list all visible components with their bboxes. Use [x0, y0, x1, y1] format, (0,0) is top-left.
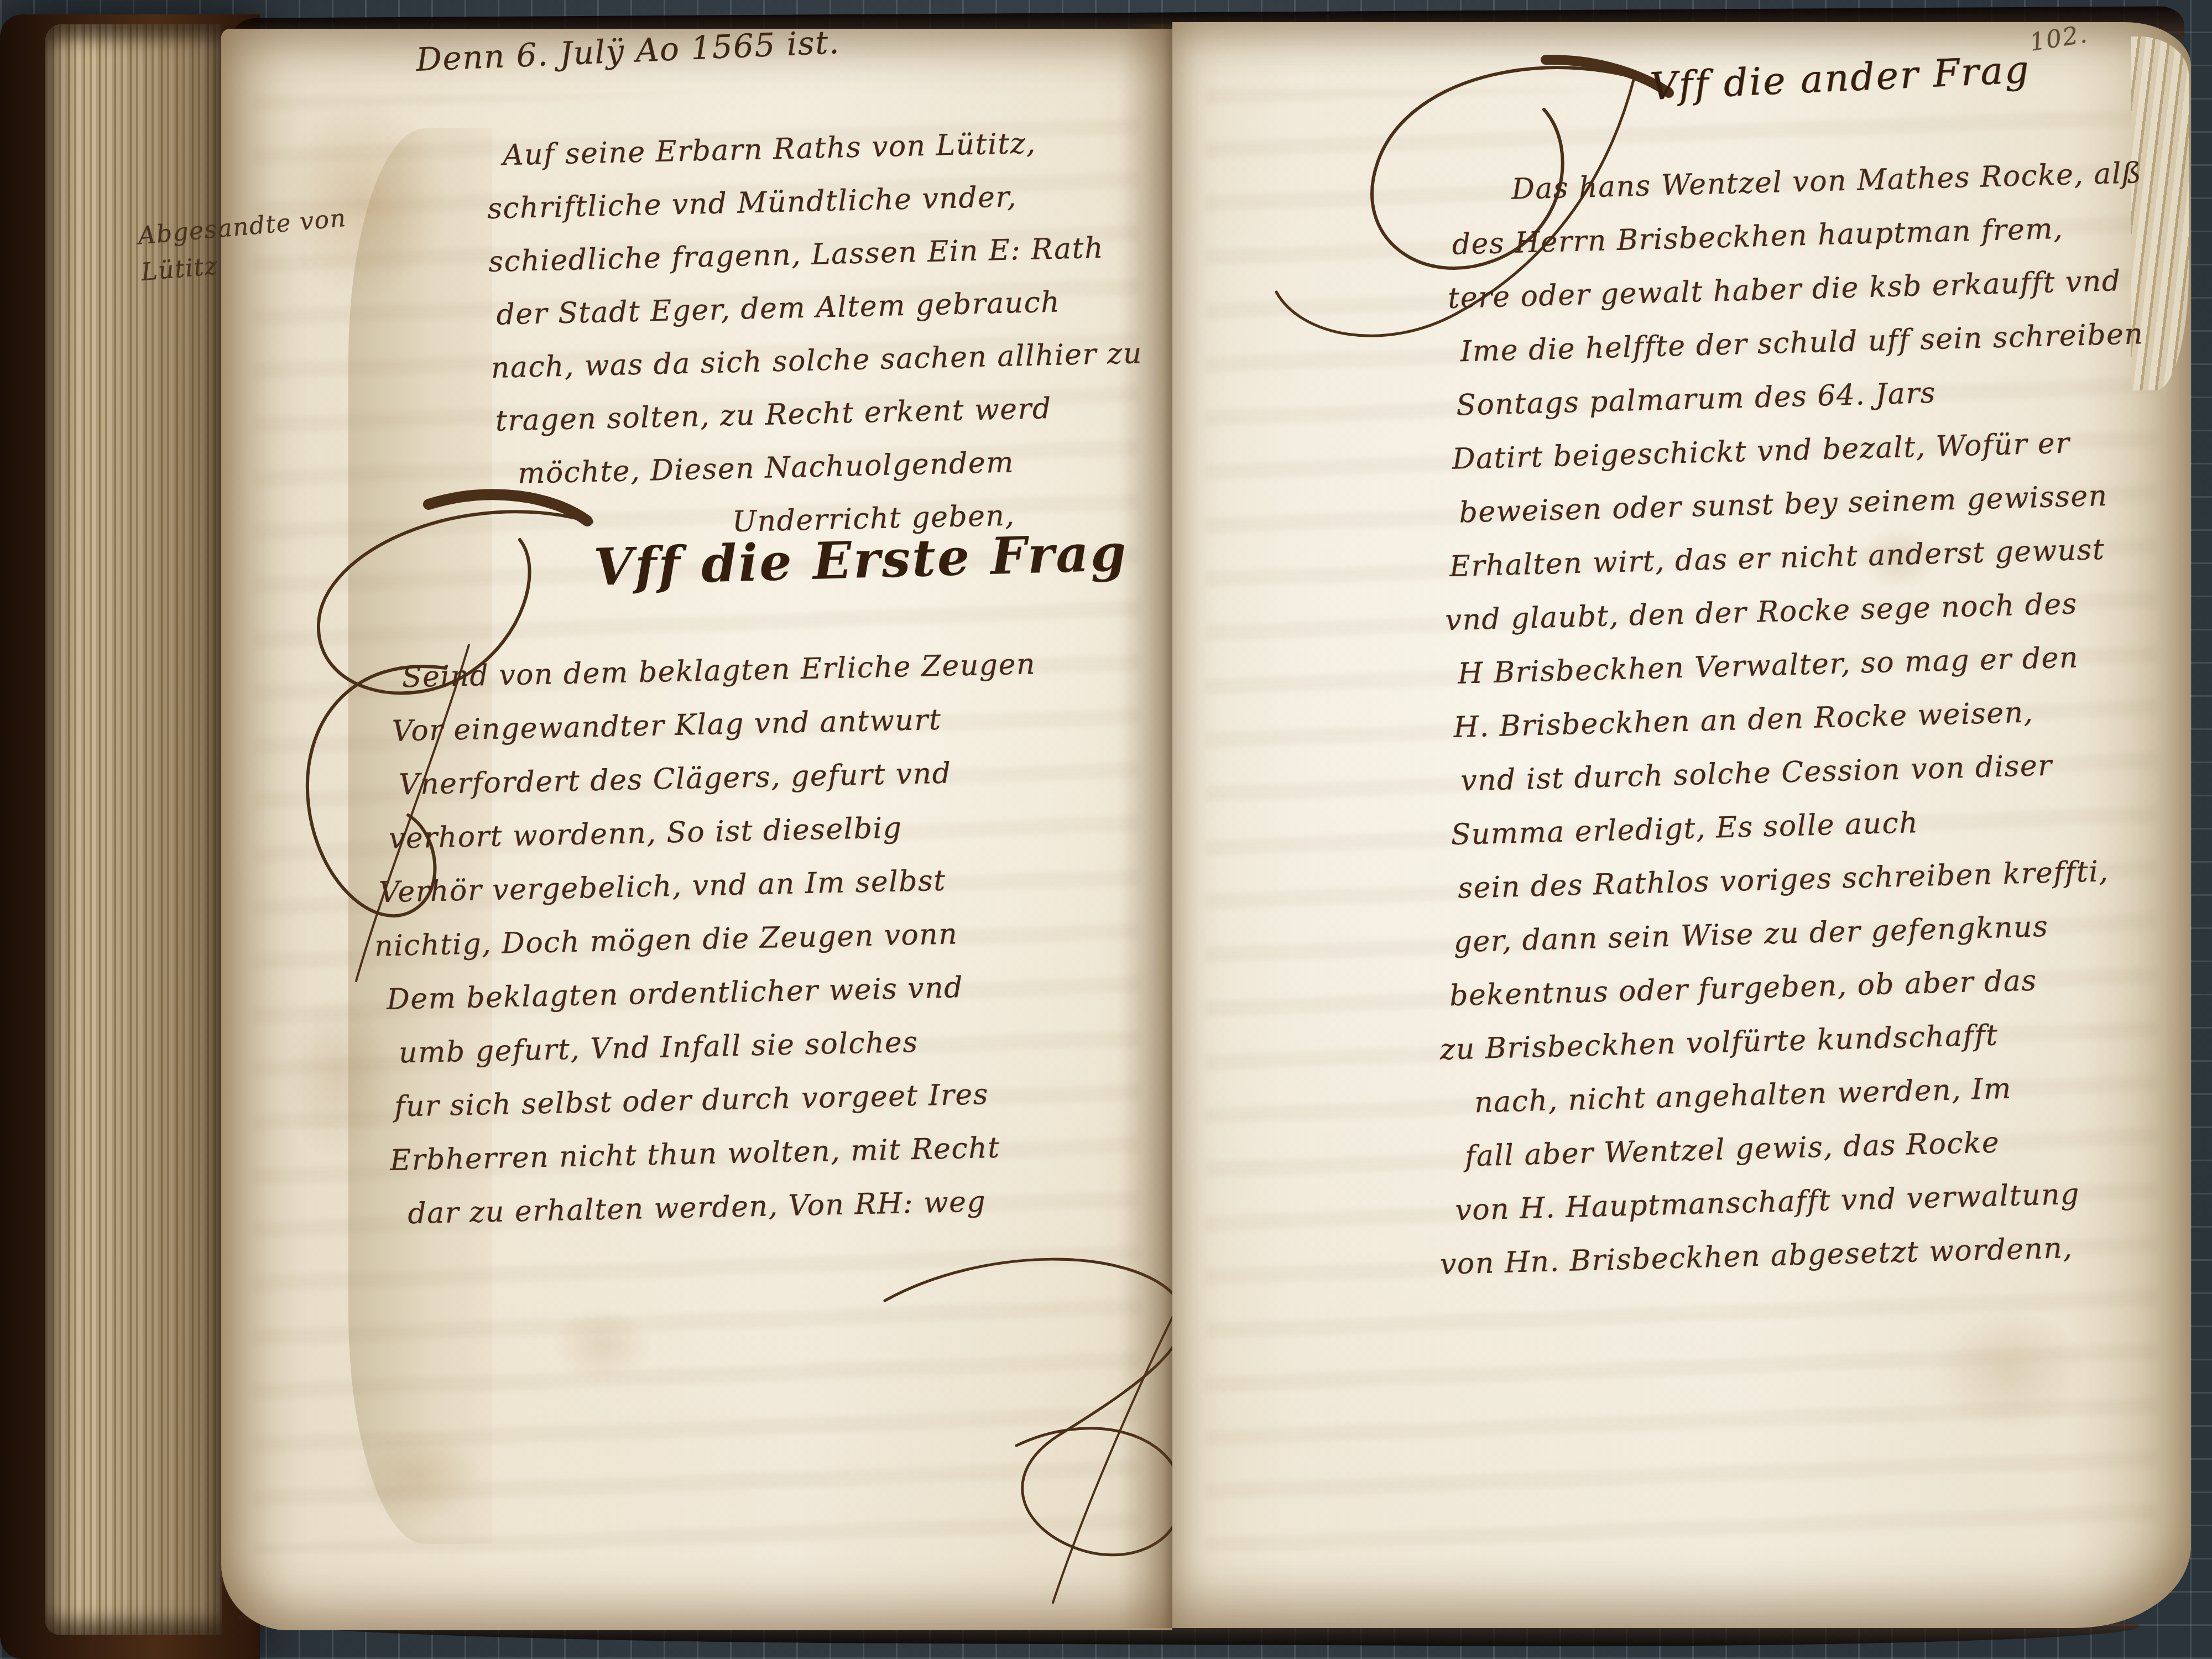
open-manuscript-book: Denn 6. Julÿ Ao 1565 ist. Abgesandte von… [0, 0, 2212, 1659]
manuscript-photo: Denn 6. Julÿ Ao 1565 ist. Abgesandte von… [0, 0, 2212, 1659]
left-page: Denn 6. Julÿ Ao 1565 ist. Abgesandte von… [221, 29, 1172, 1630]
parchment-stain [243, 62, 481, 338]
right-page: Vff die ander Frag Das hans Wentzel von … [1172, 22, 2191, 1628]
page-number: 102. [2028, 20, 2090, 57]
date-heading: Denn 6. Julÿ Ao 1565 ist. [415, 23, 841, 79]
parchment-stain [531, 1290, 675, 1400]
paragraph-first-answer: Seind von dem beklagten Erliche ZeugenVo… [330, 638, 1047, 1242]
parchment-stain [1898, 1283, 2119, 1460]
paragraph-second-answer: Das hans Wentzel von Mathes Rocke, alßde… [1444, 147, 2171, 1291]
parchment-stain [326, 1406, 509, 1544]
